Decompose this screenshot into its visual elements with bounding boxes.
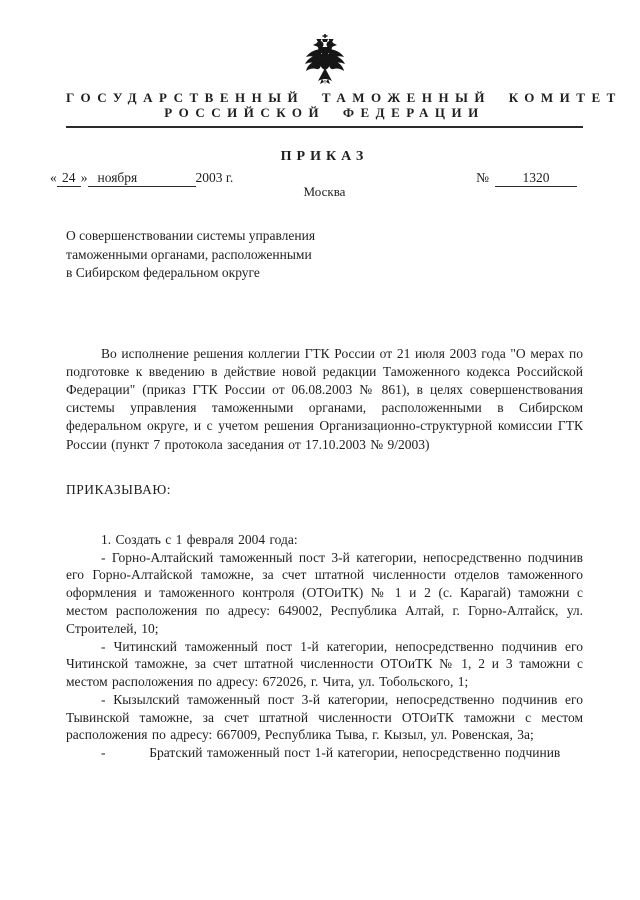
order-item: - Читинский таможенный пост 1-й категори… [66, 638, 583, 691]
order-item: - Горно-Алтайский таможенный пост 3-й ка… [66, 549, 583, 638]
org-name-line1: ГОСУДАРСТВЕННЫЙ ТАМОЖЕННЫЙ КОМИТЕТ [66, 90, 583, 105]
number-field: №1320 [476, 170, 577, 187]
document-page: ГОСУДАРСТВЕННЫЙ ТАМОЖЕННЫЙ КОМИТЕТ РОССИ… [0, 0, 640, 900]
intro-paragraph: Во исполнение решения коллегии ГТК Росси… [66, 345, 583, 454]
doc-type-title: ПРИКАЗ [66, 149, 583, 165]
date-day: 24 [57, 170, 81, 187]
order-items: 1. Создать с 1 февраля 2004 года: - Горн… [66, 531, 583, 762]
number-sign: № [476, 170, 489, 185]
header-divider [66, 126, 583, 128]
number-value: 1320 [495, 170, 577, 187]
org-name-line2: РОССИЙСКОЙ ФЕДЕРАЦИИ [66, 105, 583, 120]
date-close-quote: » [81, 170, 88, 185]
order-item: - Кызылский таможенный пост 3-й категори… [66, 691, 583, 744]
date-month: ноября [88, 170, 196, 187]
date-open-quote: « [50, 170, 57, 185]
date-field: «24»ноября2003 г. [50, 170, 233, 187]
coat-of-arms-icon [66, 33, 583, 85]
subject-block: О совершенствовании системы управления т… [66, 227, 318, 283]
order-item: - Братский таможенный пост 1-й категории… [66, 744, 583, 762]
date-year: 2003 г. [196, 170, 234, 185]
order-item: 1. Создать с 1 февраля 2004 года: [66, 531, 583, 549]
decree-word: ПРИКАЗЫВАЮ: [66, 482, 583, 498]
